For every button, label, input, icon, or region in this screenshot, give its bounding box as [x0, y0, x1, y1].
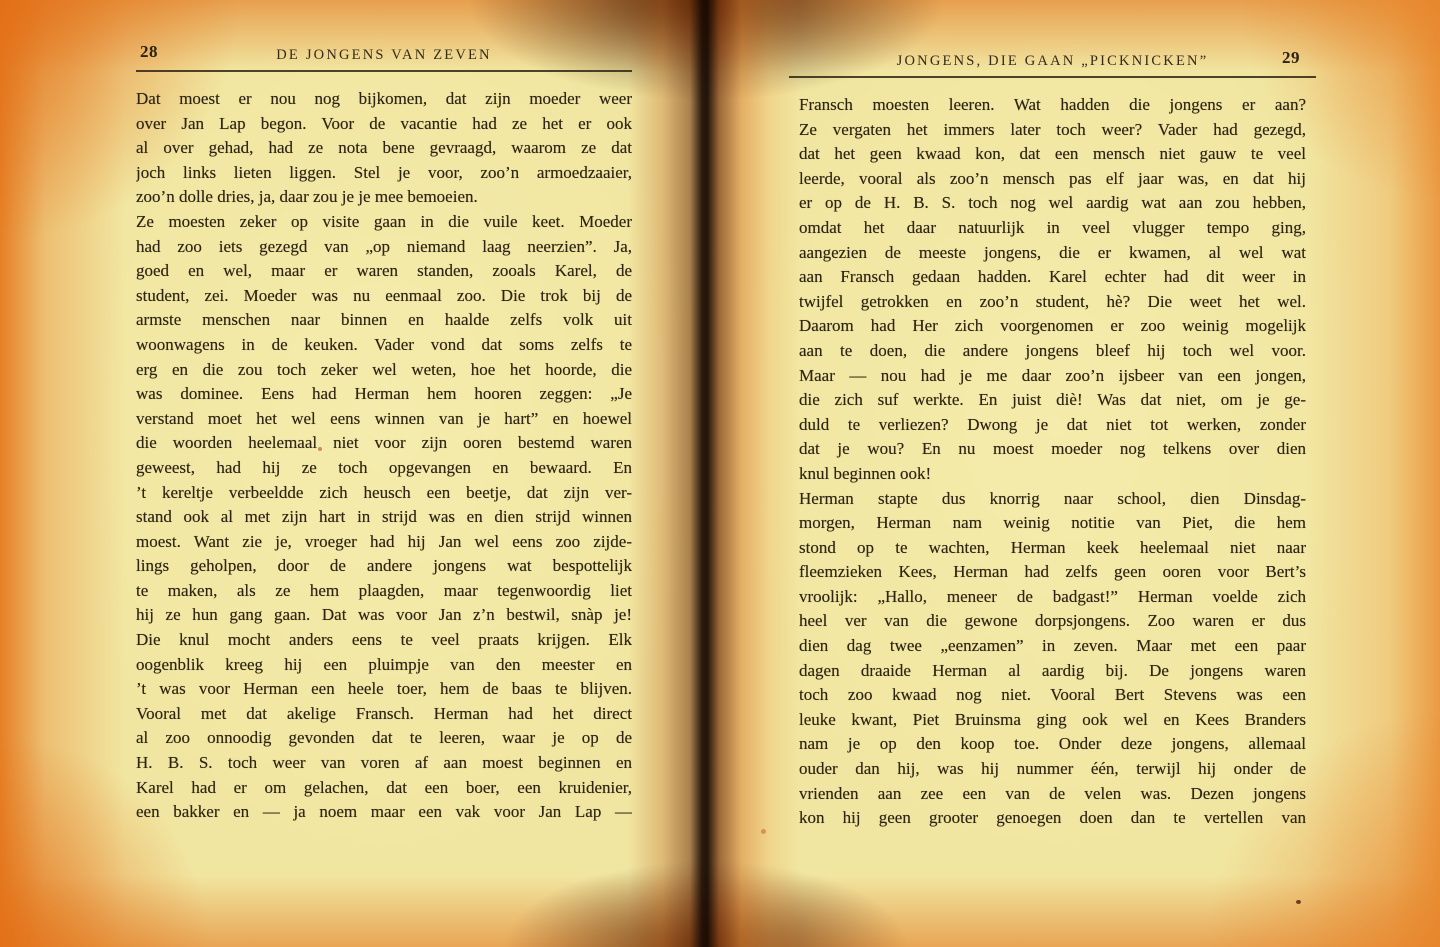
text-line: armste menschen naar binnen en haalde ze…: [136, 308, 632, 333]
text-line: woonwagens in de keuken. Vader vond dat …: [136, 333, 632, 358]
text-line: lings geholpen, door de andere jongens w…: [136, 554, 632, 579]
text-line: geweest, had hij ze toch opgevangen en b…: [136, 456, 632, 481]
text-line: dagen draaide Herman al aardig bij. De j…: [799, 659, 1306, 684]
text-line: aangezien de meeste jongens, die er kwam…: [799, 241, 1306, 266]
text-line: leuke kwant, Piet Bruinsma ging ook wel …: [799, 708, 1306, 733]
text-line: Ze vergaten het immers later toch weer? …: [799, 118, 1306, 143]
text-line: dat je wou? En nu moest moeder nog telke…: [799, 437, 1306, 462]
text-line: kon hij geen grooter genoegen doen dan t…: [799, 806, 1306, 831]
text-line: stond op te wachten, Herman keek heelema…: [799, 536, 1306, 561]
paper-speck: [1296, 900, 1301, 904]
body-text: Dat moest er nou nog bijkomen, dat zijn …: [136, 87, 632, 825]
page-gutter-shadow: [628, 0, 800, 947]
text-line: stand ook al met zijn hart in strijd was…: [136, 505, 632, 530]
text-line: zoo’n dolle dries, ja, daar zou je je me…: [136, 185, 632, 210]
text-line: moest. Want zie je, vroeger had hij Jan …: [136, 530, 632, 555]
left-page-header: 28 DE JONGENS VAN ZEVEN: [136, 42, 632, 70]
text-line: die woorden heelemaal niet voor zijn oor…: [136, 431, 632, 456]
text-line: ’t was voor Herman een heele toer, hem d…: [136, 677, 632, 702]
text-line: Karel had er om gelachen, dat een boer, …: [136, 776, 632, 801]
text-line: goed en wel, maar er waren standen, zooa…: [136, 259, 632, 284]
paragraph: Ze moesten zeker op visite gaan in die v…: [136, 210, 632, 825]
header-rule: [136, 70, 632, 72]
text-line: twijfel getrokken en zoo’n student, hè? …: [799, 290, 1306, 315]
text-line: al zoo onnoodig gevonden dat te leeren, …: [136, 726, 632, 751]
text-line: H. B. S. toch weer van voren af aan moes…: [136, 751, 632, 776]
paragraph: Fransch moesten leeren. Wat hadden die j…: [799, 93, 1306, 487]
text-line: Die knul mocht anders eens te veel praat…: [136, 628, 632, 653]
text-line: een bakker en — ja noem maar een vak voo…: [136, 800, 632, 825]
body-text: Fransch moesten leeren. Wat hadden die j…: [799, 93, 1306, 831]
text-line: omdat het daar natuurlijk in veel vlugge…: [799, 216, 1306, 241]
text-line: Ze moesten zeker op visite gaan in die v…: [136, 210, 632, 235]
text-line: Maar — nou had je me daar zoo’n ijsbeer …: [799, 364, 1306, 389]
right-page: JONGENS, DIE GAAN „PICKNICKEN” 29 Fransc…: [799, 48, 1306, 831]
header-rule: [789, 76, 1316, 78]
text-line: al over gehad, had ze nota bene gevraagd…: [136, 136, 632, 161]
text-line: nam je op den koop toe. Onder deze jonge…: [799, 732, 1306, 757]
paragraph: Dat moest er nou nog bijkomen, dat zijn …: [136, 87, 632, 210]
left-page: 28 DE JONGENS VAN ZEVEN Dat moest er nou…: [136, 42, 632, 825]
text-line: Daarom had Her zich voorgenomen er zoo w…: [799, 314, 1306, 339]
paragraph: Herman stapte dus knorrig naar school, d…: [799, 487, 1306, 831]
text-line: duld te verliezen? Dwong je dat niet tot…: [799, 413, 1306, 438]
text-line: over Jan Lap begon. Voor de vacantie had…: [136, 112, 632, 137]
text-line: had zoo iets gezegd van „op niemand laag…: [136, 235, 632, 260]
text-line: toch zoo kwaad nog niet. Vooral Bert Ste…: [799, 683, 1306, 708]
book-spread-background: 28 DE JONGENS VAN ZEVEN Dat moest er nou…: [0, 0, 1440, 947]
text-line: verstand moet het wel eens winnen van je…: [136, 407, 632, 432]
text-line: vrienden aan zee een van de velen was. D…: [799, 782, 1306, 807]
text-line: hij ze hun gang gaan. Dat was voor Jan z…: [136, 603, 632, 628]
text-line: Vooral met dat akelige Fransch. Herman h…: [136, 702, 632, 727]
text-line: te maken, als ze hem plaagden, maar tege…: [136, 579, 632, 604]
text-line: morgen, Herman nam weinig notitie van Pi…: [799, 511, 1306, 536]
text-line: erg en die zou toch zeker wel weten, hoe…: [136, 358, 632, 383]
text-line: dat het geen kwaad kon, dat een mensch n…: [799, 142, 1306, 167]
text-line: Dat moest er nou nog bijkomen, dat zijn …: [136, 87, 632, 112]
text-line: leerde, vooral als zoo’n mensch pas elf …: [799, 167, 1306, 192]
paper-speck: [761, 829, 766, 834]
text-line: joch links lieten liggen. Stel je voor, …: [136, 161, 632, 186]
running-header: JONGENS, DIE GAAN „PICKNICKEN”: [799, 53, 1306, 70]
text-line: ’t kereltje verbeeldde zich heusch een b…: [136, 481, 632, 506]
text-line: student, zei. Moeder was nu eenmaal zoo.…: [136, 284, 632, 309]
running-header: DE JONGENS VAN ZEVEN: [136, 47, 632, 64]
text-line: heel ver van die gewone dorpsjongens. Zo…: [799, 609, 1306, 634]
text-line: vroolijk: „Hallo, meneer de badgast!” He…: [799, 585, 1306, 610]
text-line: oogenblik kreeg hij een pluimpje van den…: [136, 653, 632, 678]
text-line: dien dag twee „eenzamen” in zeven. Maar …: [799, 634, 1306, 659]
text-line: Herman stapte dus knorrig naar school, d…: [799, 487, 1306, 512]
text-line: fleemzieken Kees, Herman had zelfs geen …: [799, 560, 1306, 585]
text-line: aan Fransch gedaan hadden. Karel echter …: [799, 265, 1306, 290]
text-line: er op de H. B. S. toch nog wel aardig wa…: [799, 191, 1306, 216]
text-line: Fransch moesten leeren. Wat hadden die j…: [799, 93, 1306, 118]
page-number: 29: [1282, 48, 1300, 68]
text-line: ouder dan hij, was hij nummer één, terwi…: [799, 757, 1306, 782]
right-page-header: JONGENS, DIE GAAN „PICKNICKEN” 29: [799, 48, 1306, 76]
paper-speck: [318, 447, 322, 451]
text-line: die zich suf werkte. En juist diè! Was d…: [799, 388, 1306, 413]
text-line: was dominee. Eens had Herman hem hooren …: [136, 382, 632, 407]
text-line: knul beginnen ook!: [799, 462, 1306, 487]
text-line: aan te doen, die andere jongens bleef hi…: [799, 339, 1306, 364]
